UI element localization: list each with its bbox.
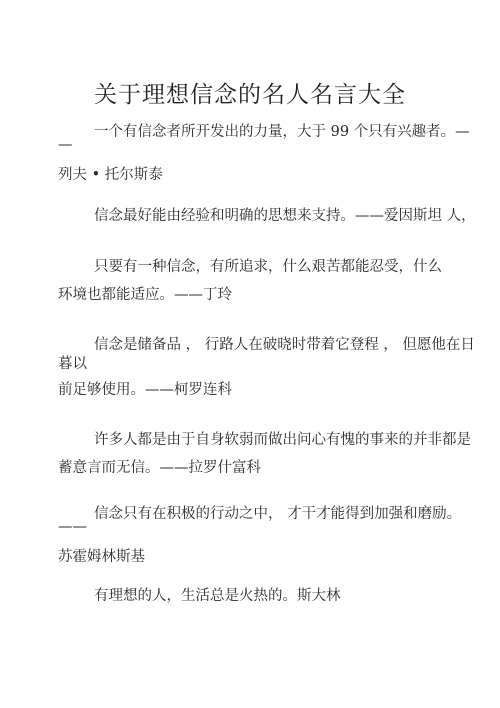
- quote-line: 只要有一种信念，有所追求，什么艰苦都能忍受，什么: [94, 255, 442, 276]
- quote-author: 苏霍姆林斯基: [58, 545, 145, 566]
- quote-line: 环境也都能适应。——丁玲: [58, 283, 232, 304]
- quote-line: 信念是储备品 ， 行路人在破晓时带着它登程 ， 但愿他在日: [94, 333, 475, 354]
- quote-line: 蓄意言而无信。——拉罗什富科: [58, 456, 261, 477]
- document-title: 关于理想信念的名人名言大全: [0, 76, 500, 109]
- document-page: 关于理想信念的名人名言大全 一个有信念者所开发出的力量，大于 99 个只有兴趣者…: [0, 0, 500, 708]
- quote-line: 信念只有在积极的行动之中， 才干才能得到加强和磨励。: [94, 502, 461, 523]
- quote-line: 前足够使用。——柯罗连科: [58, 378, 232, 399]
- quote-author: 列夫 • 托尔斯泰: [58, 163, 163, 184]
- quote-line: 一个有信念者所开发出的力量，大于 99 个只有兴趣者。—: [94, 120, 470, 141]
- quote-line: 信念最好能由经验和明确的思想来支持。——爱因斯坦 人，: [94, 204, 476, 225]
- quote-line: 有理想的人，生活总是火热的。斯大林: [94, 584, 341, 605]
- quote-line: 许多人都是由于自身软弱而做出问心有愧的事来的并非都是: [94, 428, 471, 449]
- quote-line: 暮以: [58, 352, 87, 373]
- quote-line: —: [58, 137, 73, 153]
- quote-line: ——: [58, 519, 87, 535]
